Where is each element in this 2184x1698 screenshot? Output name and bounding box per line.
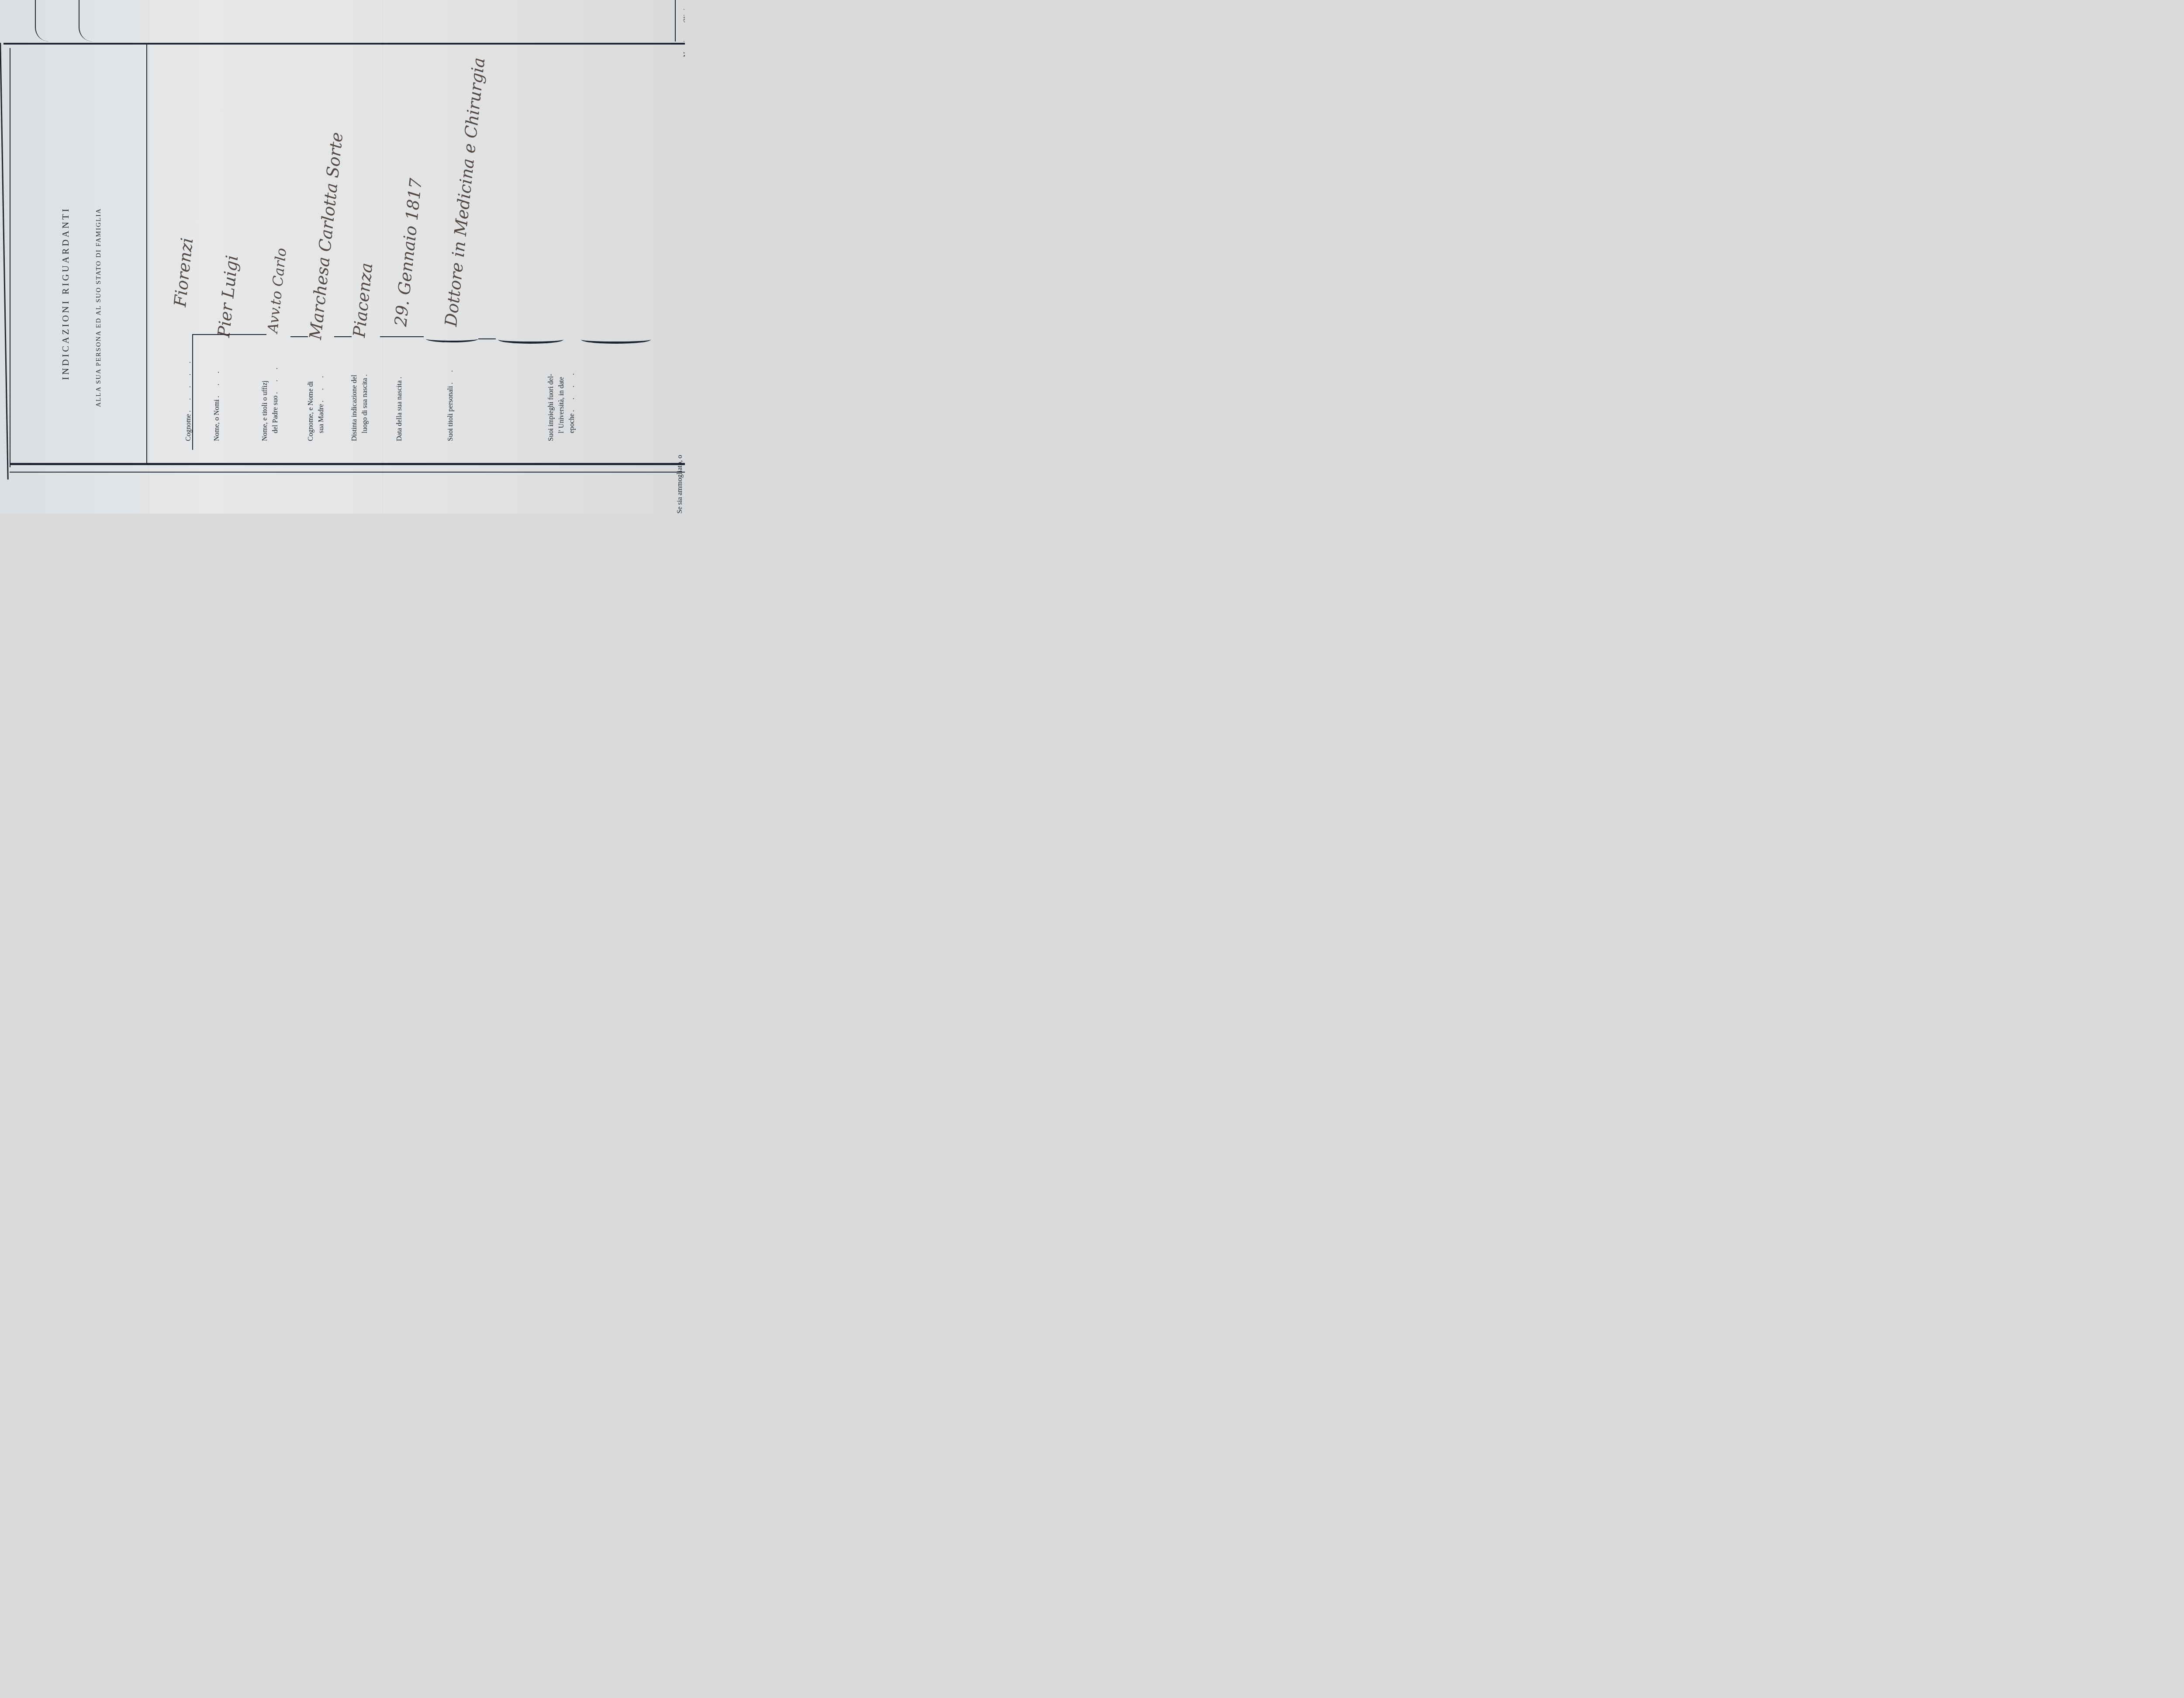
form-subtitle: ALLA SUA PERSONA ED AL SUO STATO DI FAMI… — [95, 208, 103, 407]
brace-decoration — [426, 335, 478, 342]
handwritten-cognome: Fiorenzi — [170, 237, 197, 307]
handwritten-luogo-nascita: Piacenza — [349, 262, 377, 338]
paper-crease — [382, 0, 383, 514]
field-label-impieghi: Suoi impieghi fuori del- l' Università, … — [546, 369, 577, 441]
handwritten-titoli: Dottore in Medicina e Chirurgia — [441, 56, 488, 327]
field-rule — [334, 336, 352, 337]
handwritten-nome: Pier Luigi — [214, 254, 242, 338]
decorative-arc — [35, 0, 49, 41]
column-separator — [146, 45, 147, 464]
bottom-frame-line — [10, 463, 685, 465]
field-label-madre: Cognome, e Nome di sua Madre . . . — [306, 372, 327, 441]
left-frame-line — [0, 43, 9, 480]
right-column-line — [675, 0, 676, 41]
form-title: INDICAZIONI RIGUARDANTI — [60, 207, 71, 380]
field-rule — [478, 338, 496, 339]
margin-handwritten-note: Nomina … Clini… — [683, 3, 685, 58]
field-label-padre: Nome, e titoli o uffizj del Padre suo . … — [260, 363, 281, 441]
document-page: Nomina … Clini… INDICAZIONI RIGUARDANTI … — [0, 0, 685, 514]
handwritten-madre: Marchesa Carlotta Sorte — [306, 131, 347, 340]
field-rule — [380, 336, 424, 337]
bottom-frame-inner-line — [10, 472, 685, 473]
brace-decoration — [498, 335, 563, 344]
decorative-arc — [79, 0, 93, 41]
left-frame-inner-line — [10, 48, 10, 467]
handwritten-padre: Avv.to Carlo — [264, 247, 290, 334]
top-border-line — [3, 43, 685, 45]
field-separator — [192, 334, 193, 450]
field-label-nome: Nome, o Nomi . . . — [212, 367, 222, 441]
field-label-luogo-nascita: Distinta indicazione del luogo di sua na… — [349, 370, 370, 441]
field-label-ammogliato: Se sia ammogliato, o — [675, 455, 685, 514]
brace-decoration — [581, 335, 651, 344]
handwritten-data-nascita: 29. Gennaio 1817 — [391, 177, 425, 328]
paper-crease — [149, 0, 149, 514]
field-label-data-nascita: Data della sua nascita . — [394, 373, 405, 441]
field-rule — [290, 336, 308, 337]
field-label-titoli: Suoi titoli personali . . — [446, 366, 456, 441]
